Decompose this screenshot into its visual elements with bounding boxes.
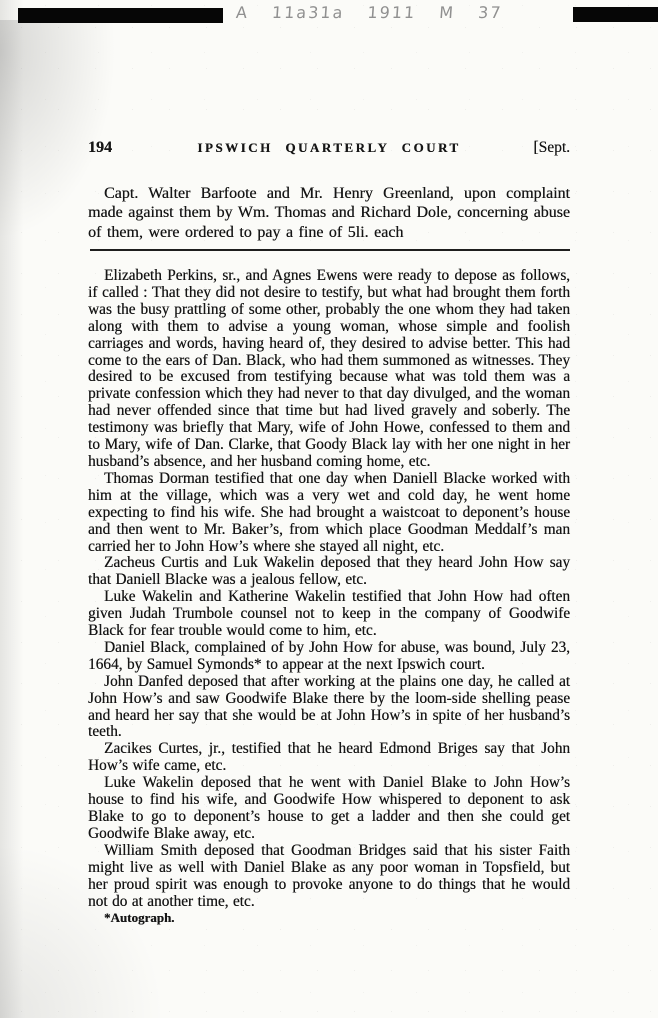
page-number: 194 [88,139,112,157]
paragraph-luke-wakelin-katherine: Luke Wakelin and Katherine Wakelin testi… [88,589,570,640]
paragraph-john-danfed: John Danfed deposed that after working a… [88,674,570,742]
paragraph-elizabeth-perkins: Elizabeth Perkins, sr., and Agnes Ewens … [88,268,570,471]
redaction-bar-left [18,8,223,23]
intro-paragraph: Capt. Walter Barfoote and Mr. Henry Gree… [88,184,570,242]
paragraph-zacheus-curtis: Zacheus Curtis and Luk Wakelin deposed t… [88,555,570,589]
section-divider-rule [90,249,570,251]
handwritten-call-number: A 11a31a 1911 M 37 [235,2,503,24]
paragraph-thomas-dorman: Thomas Dorman testified that one day whe… [88,471,570,556]
depositions-text-block: Elizabeth Perkins, sr., and Agnes Ewens … [88,268,570,927]
paragraph-daniel-black-bound: Daniel Black, complained of by John How … [88,640,570,674]
paragraph-william-smith: William Smith deposed that Goodman Bridg… [88,843,570,911]
footnote-autograph: *Autograph. [88,910,570,927]
paragraph-luke-wakelin-ladder: Luke Wakelin deposed that he went with D… [88,775,570,843]
issue-date-marker: [Sept. [533,139,570,157]
running-title: IPSWICH QUARTERLY COURT [197,140,460,156]
scan-grain-left-edge [0,0,26,1018]
scanned-book-page: A 11a31a 1911 M 37 194 IPSWICH QUARTERLY… [0,0,658,1018]
page-header: 194 IPSWICH QUARTERLY COURT [Sept. [88,139,570,157]
paragraph-zacikes-curtes: Zacikes Curtes, jr., testified that he h… [88,741,570,775]
redaction-bar-right [573,7,658,22]
